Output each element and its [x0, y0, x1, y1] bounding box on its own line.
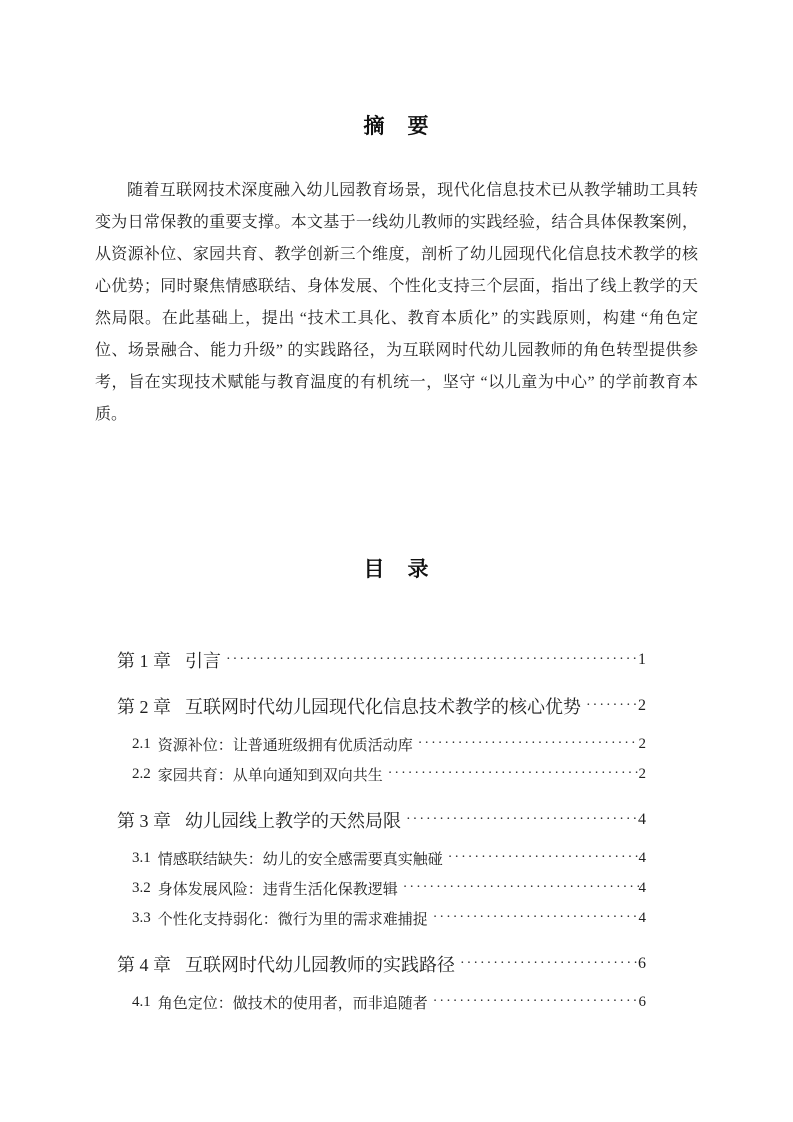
toc-entry-page: 4: [639, 850, 647, 867]
document-page: 摘 要 随着互联网技术深度融入幼儿园教育场景，现代化信息技术已从教学辅助工具转变…: [0, 0, 793, 1122]
toc-leader-dots: ········································…: [581, 698, 638, 714]
toc-entry-page: 6: [639, 994, 647, 1011]
abstract-title: 摘 要: [0, 110, 793, 140]
toc-leader-dots: ········································…: [398, 880, 639, 896]
toc-entry-number: 2.1: [132, 736, 151, 753]
toc-entry-number: 4.1: [132, 994, 151, 1011]
toc-entry-number: 3.3: [132, 910, 151, 927]
toc-entry-page: 1: [638, 651, 646, 669]
toc-entry-page: 2: [639, 766, 647, 783]
toc-entry-title: 互联网时代幼儿园现代化信息技术教学的核心优势: [185, 693, 581, 719]
toc-entry-title: 个性化支持弱化：微行为里的需求难捕捉: [158, 908, 428, 929]
toc-entry-number: 3.2: [132, 880, 151, 897]
toc-leader-dots: ········································…: [413, 736, 639, 752]
toc-entry[interactable]: 第 1 章 引言 ·······························…: [95, 645, 646, 675]
toc-entry-title: 资源补位：让普通班级拥有优质活动库: [158, 734, 413, 755]
toc-leader-dots: ········································…: [428, 910, 639, 926]
toc-entry[interactable]: 4.1 角色定位：做技术的使用者，而非追随者 ·················…: [95, 987, 646, 1017]
toc-leader-dots: ········································…: [428, 994, 639, 1010]
toc-entry-number: 3.1: [132, 850, 151, 867]
abstract-paragraph: 随着互联网技术深度融入幼儿园教育场景，现代化信息技术已从教学辅助工具转变为日常保…: [95, 175, 698, 431]
toc-entry[interactable]: 3.1 情感联结缺失：幼儿的安全感需要真实触碰 ················…: [95, 843, 646, 873]
toc-entry-number: 第 2 章: [117, 693, 171, 719]
toc-entry-page: 4: [638, 811, 646, 829]
toc-leader-dots: ········································…: [443, 850, 639, 866]
toc-entry-number: 第 4 章: [117, 951, 171, 977]
toc-entry[interactable]: 第 3 章 幼儿园线上教学的天然局限 ·····················…: [95, 805, 646, 835]
toc-entry-title: 引言: [185, 647, 221, 673]
toc-entry[interactable]: 3.3 个性化支持弱化：微行为里的需求难捕捉 ·················…: [95, 903, 646, 933]
toc-entry[interactable]: 第 2 章 互联网时代幼儿园现代化信息技术教学的核心优势 ···········…: [95, 691, 646, 721]
toc-leader-dots: ········································…: [401, 812, 638, 828]
toc-entry-page: 4: [639, 880, 647, 897]
toc-title: 目 录: [0, 553, 793, 583]
toc-entry[interactable]: 2.1 资源补位：让普通班级拥有优质活动库 ··················…: [95, 729, 646, 759]
toc-entry-title: 互联网时代幼儿园教师的实践路径: [185, 951, 455, 977]
toc-leader-dots: ········································…: [455, 956, 638, 972]
toc-entry-number: 第 3 章: [117, 807, 171, 833]
toc-entry-title: 幼儿园线上教学的天然局限: [185, 807, 401, 833]
toc-entry-page: 4: [639, 910, 647, 927]
toc-leader-dots: ········································…: [383, 766, 639, 782]
toc-list: 第 1 章 引言 ·······························…: [95, 645, 646, 1017]
toc-entry-number: 第 1 章: [117, 647, 171, 673]
toc-entry-page: 6: [638, 955, 646, 973]
toc-entry-number: 2.2: [132, 766, 151, 783]
toc-entry-title: 情感联结缺失：幼儿的安全感需要真实触碰: [158, 848, 443, 869]
toc-entry[interactable]: 第 4 章 互联网时代幼儿园教师的实践路径 ··················…: [95, 949, 646, 979]
toc-entry-title: 家园共育：从单向通知到双向共生: [158, 764, 383, 785]
toc-entry[interactable]: 3.2 身体发展风险：违背生活化保教逻辑 ···················…: [95, 873, 646, 903]
toc-entry-page: 2: [639, 736, 647, 753]
toc-leader-dots: ········································…: [221, 652, 638, 668]
toc-entry[interactable]: 2.2 家园共育：从单向通知到双向共生 ····················…: [95, 759, 646, 789]
toc-entry-title: 角色定位：做技术的使用者，而非追随者: [158, 992, 428, 1013]
toc-entry-page: 2: [638, 697, 646, 715]
toc-entry-title: 身体发展风险：违背生活化保教逻辑: [158, 878, 398, 899]
